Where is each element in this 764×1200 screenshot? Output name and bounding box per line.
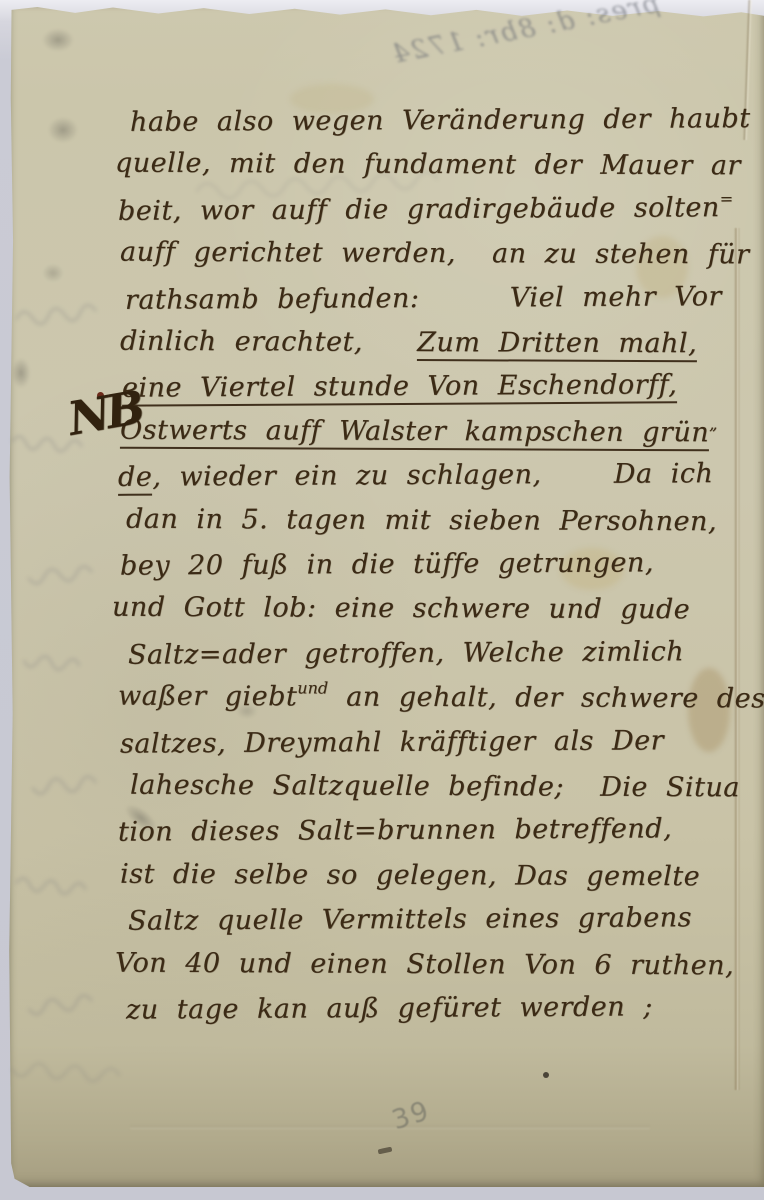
text-segment: habe also wegen Veränderung der haubt [130, 103, 751, 138]
underlined-text-segment: Ostwerts auff Walster kampschen grün [120, 415, 709, 452]
manuscript-line: waßer giebtund an gehalt, der schwere de… [118, 680, 764, 720]
text-segment: beit, wor auff die gradirgebäude solten [118, 192, 720, 227]
manuscript-line: und Gott lob: eine schwere und gude [112, 591, 690, 628]
underlined-text-segment: eine Viertel stunde Von Eschendorff, [122, 369, 677, 406]
manuscript-line: dan in 5. tagen mit sieben Persohnen, [126, 503, 717, 540]
text-segment: an gehalt, der schwere des [328, 682, 764, 715]
text-segment: quelle, mit den fundament der Mauer ar [115, 148, 741, 182]
manuscript-line: Saltz quelle Vermittels eines grabens [128, 901, 692, 938]
text-segment: saltzes, Dreymahl kräfftiger als Der [120, 725, 664, 759]
interlinear-insertion: und [297, 678, 328, 697]
interlinear-insertion: „ [709, 414, 717, 433]
manuscript-line: Von 40 und einen Stollen Von 6 ruthen, [115, 947, 734, 984]
text-segment: Saltz quelle Vermittels eines grabens [128, 902, 692, 936]
manuscript-line: de, wieder ein zu schlagen, Da ich [118, 457, 714, 495]
manuscript-line: Ostwerts auff Walster kampschen grün„ [120, 414, 718, 454]
manuscript-line: Saltz=ader getroffen, Welche zimlich [128, 635, 684, 672]
manuscript-line: bey 20 fuß in die tüffe getrungen, [120, 546, 654, 583]
text-segment: dinlich erachtet, [120, 326, 417, 358]
text-segment: zu tage kan auß gefüret werden ; [126, 991, 653, 1025]
text-segment: auff gerichtet werden, an zu stehen für [120, 237, 750, 271]
manuscript-line: saltzes, Dreymahl kräfftiger als Der [120, 724, 664, 761]
text-segment: tion dieses Salt=brunnen betreffend, [118, 813, 672, 847]
manuscript-photo: pres: d: 8br: 1724 habe also wegen Verän… [0, 0, 764, 1200]
underlined-text-segment: de [118, 462, 152, 496]
manuscript-line: lahesche Saltzquelle befinde; Die Situa [130, 769, 740, 806]
text-segment: und Gott lob: eine schwere und gude [112, 592, 690, 626]
text-segment: lahesche Saltzquelle befinde; Die Situa [130, 770, 740, 804]
text-segment: Saltz=ader getroffen, Welche zimlich [128, 636, 684, 670]
text-segment: bey 20 fuß in die tüffe getrungen, [120, 547, 654, 581]
underlined-text-segment: Zum Dritten mahl, [417, 327, 697, 362]
text-segment: ist die selbe so gelegen, Das gemelte [120, 859, 700, 893]
text-segment: , wieder ein zu schlagen, Da ich [152, 458, 713, 492]
manuscript-line: zu tage kan auß gefüret werden ; [126, 990, 653, 1027]
manuscript-line: rathsamb befunden: Viel mehr Vor [125, 280, 722, 318]
manuscript-line: quelle, mit den fundament der Mauer ar [115, 147, 741, 184]
text-segment: Von 40 und einen Stollen Von 6 ruthen, [115, 948, 734, 982]
manuscript-line: auff gerichtet werden, an zu stehen für [120, 236, 750, 273]
text-segment: rathsamb befunden: Viel mehr Vor [125, 281, 722, 316]
manuscript-line: habe also wegen Veränderung der haubt [130, 102, 751, 140]
interlinear-insertion: = [720, 189, 734, 208]
manuscript-line: beit, wor auff die gradirgebäude solten= [118, 191, 733, 232]
manuscript-line: dinlich erachtet, Zum Dritten mahl, [120, 325, 697, 362]
manuscript-line: eine Viertel stunde Von Eschendorff, [122, 368, 677, 405]
manuscript-line: ist die selbe so gelegen, Das gemelte [120, 858, 700, 895]
manuscript-line: tion dieses Salt=brunnen betreffend, [118, 812, 672, 849]
text-segment: waßer giebt [118, 681, 297, 713]
text-segment: dan in 5. tagen mit sieben Persohnen, [126, 504, 717, 538]
manuscript-text: habe also wegen Veränderung der haubtque… [0, 0, 764, 1200]
